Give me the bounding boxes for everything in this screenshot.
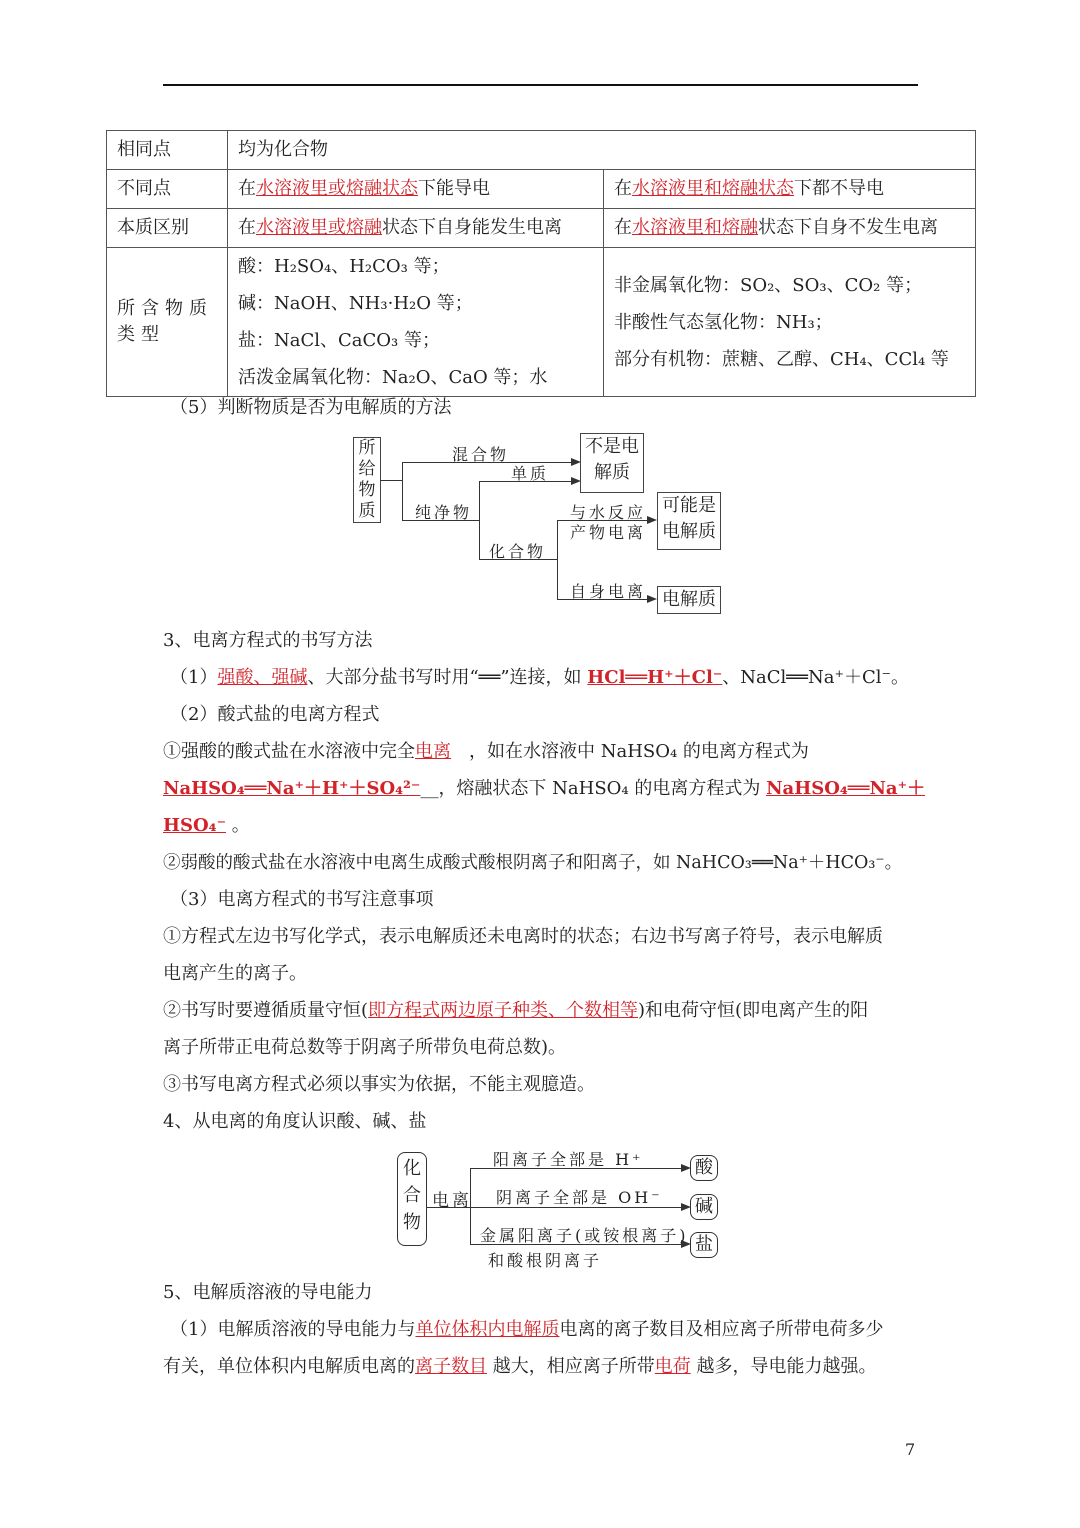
table-row: 相同点 均为化合物: [107, 131, 976, 170]
paragraph: （1）强酸、强碱、大部分盐书写时用“══”连接，如 HCl══H⁺＋Cl⁻、Na…: [170, 665, 930, 691]
paragraph: ①方程式左边书写化学式，表示电解质还未电离时的状态；右边书写离子符号，表示电解质: [163, 924, 923, 950]
row-label: 不同点: [107, 170, 228, 209]
salt-box: 盐: [690, 1232, 718, 1258]
cell: 在水溶液里和熔融状态下自身不发生电离: [604, 209, 976, 248]
compound-box: 化合物: [397, 1152, 427, 1246]
table-row: 本质区别 在水溶液里或熔融状态下自身能发生电离 在水溶液里和熔融状态下自身不发生…: [107, 209, 976, 248]
cell: 在水溶液里或熔融状态下自身能发生电离: [228, 209, 604, 248]
result-electrolyte: 电解质: [657, 586, 721, 614]
section-heading: （5）判断物质是否为电解质的方法: [170, 395, 930, 421]
paragraph: （1）电解质溶液的导电能力与单位体积内电解质电离的离子数目及相应离子所带电荷多少: [170, 1317, 930, 1343]
cell: 非金属氧化物：SO₂、SO₃、CO₂ 等； 非酸性气态氢化物：NH₃； 部分有机…: [604, 248, 976, 397]
cell: 在水溶液里或熔融状态下能导电: [228, 170, 604, 209]
comparison-table: 相同点 均为化合物 不同点 在水溶液里或熔融状态下能导电 在水溶液里和熔融状态下…: [106, 130, 976, 397]
cell: 均为化合物: [228, 131, 976, 170]
result-not-electrolyte: 不是电解质: [580, 433, 644, 493]
paragraph: 有关，单位体积内电解质电离的离子数目 越大，相应离子所带电荷 越多，导电能力越强…: [163, 1354, 923, 1380]
base-box: 碱: [690, 1194, 718, 1220]
paragraph: NaHSO₄══Na⁺＋H⁺＋SO₄²⁻__，熔融状态下 NaHSO₄ 的电离方…: [163, 776, 923, 802]
section-heading: 5、电解质溶液的导电能力: [163, 1280, 923, 1306]
cell: 在水溶液里和熔融状态下都不导电: [604, 170, 976, 209]
section-heading: 4、从电离的角度认识酸、碱、盐: [163, 1109, 923, 1135]
paragraph: ②弱酸的酸式盐在水溶液中电离生成酸式酸根阴离子和阳离子，如 NaHCO₃══Na…: [163, 850, 923, 876]
section-heading: 3、电离方程式的书写方法: [163, 628, 923, 654]
paragraph: HSO₄⁻ 。: [163, 813, 923, 839]
header-rule: [163, 84, 918, 86]
root-box: 所给物质: [353, 437, 381, 523]
paragraph: ②书写时要遵循质量守恒(即方程式两边原子种类、个数相等)和电荷守恒(即电离产生的…: [163, 998, 923, 1024]
acid-box: 酸: [690, 1155, 718, 1181]
page-number: 7: [905, 1440, 915, 1459]
row-label: 相同点: [107, 131, 228, 170]
result-maybe-electrolyte: 可能是电解质: [657, 492, 721, 550]
paragraph: （3）电离方程式的书写注意事项: [170, 887, 930, 913]
table-row: 所含物质类型 酸：H₂SO₄、H₂CO₃ 等； 碱：NaOH、NH₃·H₂O 等…: [107, 248, 976, 397]
paragraph: ③书写电离方程式必须以事实为依据，不能主观臆造。: [163, 1072, 923, 1098]
paragraph: 离子所带正电荷总数等于阴离子所带负电荷总数)。: [163, 1035, 923, 1061]
cell: 酸：H₂SO₄、H₂CO₃ 等； 碱：NaOH、NH₃·H₂O 等； 盐：NaC…: [228, 248, 604, 397]
paragraph: 电离产生的离子。: [163, 961, 923, 987]
row-label: 本质区别: [107, 209, 228, 248]
row-label: 所含物质类型: [107, 248, 228, 397]
paragraph: （2）酸式盐的电离方程式: [170, 702, 930, 728]
paragraph: ①强酸的酸式盐在水溶液中完全电离 ，如在水溶液中 NaHSO₄ 的电离方程式为: [163, 739, 923, 765]
table-row: 不同点 在水溶液里或熔融状态下能导电 在水溶液里和熔融状态下都不导电: [107, 170, 976, 209]
